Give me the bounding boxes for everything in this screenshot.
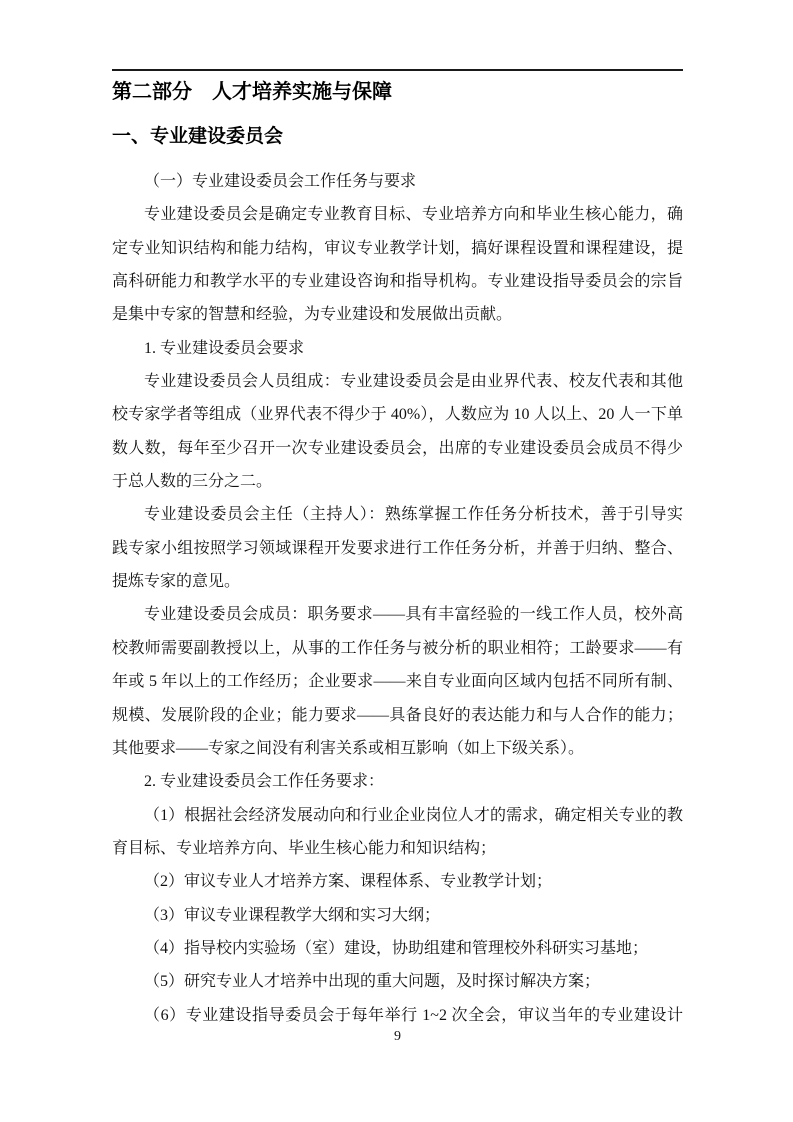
task-item-1-line: 育目标、专业培养方向、毕业生核心能力和知识结构； — [112, 832, 683, 865]
page-title: 第二部分 人才培养实施与保障 — [112, 78, 683, 107]
paragraph-overview-line: 定专业知识结构和能力结构，审议专业教学计划，搞好课程设置和课程建设，提 — [112, 232, 683, 265]
paragraph-overview-line: 是集中专家的智慧和经验，为专业建设和发展做出贡献。 — [112, 298, 683, 331]
document-page: 第二部分 人才培养实施与保障 一、专业建设委员会 （一）专业建设委员会工作任务与… — [0, 0, 793, 1122]
paragraph-composition-line: 于总人数的三分之二。 — [112, 465, 683, 498]
subheading-1-line: 1. 专业建设委员会要求 — [112, 332, 683, 365]
task-item-2-line: （2）审议专业人才培养方案、课程体系、专业教学计划； — [112, 865, 683, 898]
document-body: （一）专业建设委员会工作任务与要求专业建设委员会是确定专业教育目标、专业培养方向… — [112, 165, 683, 1032]
subheading-i-line: （一）专业建设委员会工作任务与要求 — [112, 165, 683, 198]
paragraph-composition-line: 数人数，每年至少召开一次专业建设委员会，出席的专业建设委员会成员不得少 — [112, 432, 683, 465]
section-heading: 一、专业建设委员会 — [112, 123, 683, 150]
paragraph-chair-line: 践专家小组按照学习领域课程开发要求进行工作任务分析，并善于归纳、整合、 — [112, 532, 683, 565]
paragraph-composition-line: 专业建设委员会人员组成：专业建设委员会是由业界代表、校友代表和其他 — [112, 365, 683, 398]
task-item-6-line: （6）专业建设指导委员会于每年举行 1~2 次全会，审议当年的专业建设计 — [112, 999, 683, 1032]
paragraph-composition-line: 校专家学者等组成（业界代表不得少于 40%），人数应为 10 人以上、20 人一… — [112, 398, 683, 431]
header-rule — [112, 69, 683, 71]
task-item-3-line: （3）审议专业课程教学大纲和实习大纲； — [112, 899, 683, 932]
task-item-4-line: （4）指导校内实验场（室）建设，协助组建和管理校外科研实习基地； — [112, 932, 683, 965]
paragraph-overview-line: 专业建设委员会是确定专业教育目标、专业培养方向和毕业生核心能力，确 — [112, 198, 683, 231]
task-item-1-line: （1）根据社会经济发展动向和行业企业岗位人才的需求，确定相关专业的教 — [112, 799, 683, 832]
task-item-5-line: （5）研究专业人才培养中出现的重大问题，及时探讨解决方案； — [112, 965, 683, 998]
paragraph-chair-line: 提炼专家的意见。 — [112, 565, 683, 598]
paragraph-members-line: 规模、发展阶段的企业；能力要求——具备良好的表达能力和与人合作的能力； — [112, 699, 683, 732]
subheading-2-line: 2. 专业建设委员会工作任务要求： — [112, 765, 683, 798]
paragraph-members-line: 专业建设委员会成员：职务要求——具有丰富经验的一线工作人员，校外高 — [112, 598, 683, 631]
paragraph-members-line: 其他要求——专家之间没有利害关系或相互影响（如上下级关系）。 — [112, 732, 683, 765]
document-content: 第二部分 人才培养实施与保障 一、专业建设委员会 （一）专业建设委员会工作任务与… — [112, 0, 683, 1044]
paragraph-chair-line: 专业建设委员会主任（主持人）：熟练掌握工作任务分析技术，善于引导实 — [112, 498, 683, 531]
paragraph-overview-line: 高科研能力和教学水平的专业建设咨询和指导机构。专业建设指导委员会的宗旨 — [112, 265, 683, 298]
paragraph-members-line: 校教师需要副教授以上，从事的工作任务与被分析的职业相符；工龄要求——有 5 — [112, 632, 683, 665]
paragraph-members-line: 年或 5 年以上的工作经历；企业要求——来自专业面向区域内包括不同所有制、 — [112, 665, 683, 698]
page-number: 9 — [112, 1030, 683, 1044]
